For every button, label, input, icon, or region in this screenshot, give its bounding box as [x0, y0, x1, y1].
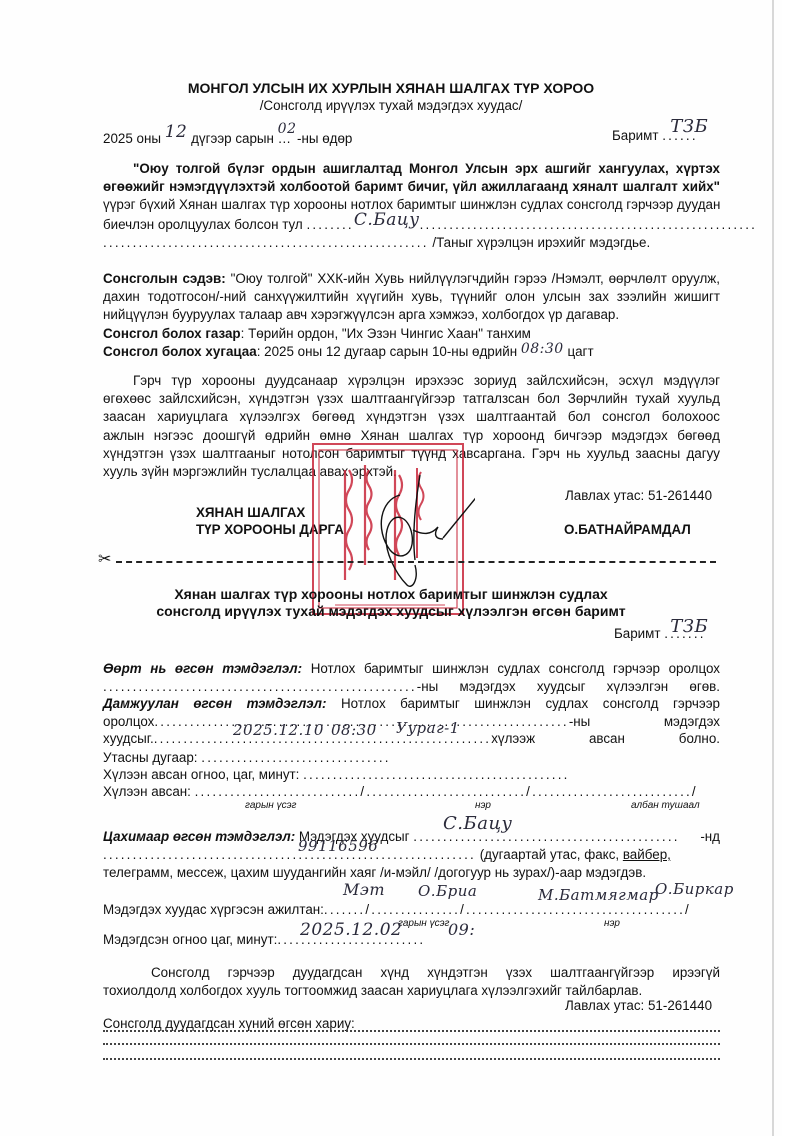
received-by-line: Хүлээн авсан: ..........................…	[103, 784, 698, 799]
relay-line-2-suffix: -ны мэдэгдэх	[569, 714, 720, 729]
relay-note-text: Нотлох баримтыг шинжлэн судлах сонсголд …	[341, 696, 720, 711]
relay-line-3-suffix: хүлээж авсан болно.	[491, 731, 720, 746]
direct-note-line-2: ........................................…	[103, 678, 720, 696]
intro-line-5-suffix: /Таныг хүрэлцэн ирэхийг мэдэгдье.	[432, 235, 650, 250]
received-by-label: Хүлээн авсан:	[103, 784, 191, 799]
time-value: : 2025 оны 12 дугаар сарын 10-ны өдрийн	[257, 344, 517, 359]
date-prefix: 2025 оны	[103, 131, 161, 146]
topic-line-1: Сонсголын сэдэв: "Оюу толгой" ХХК-ийн Ху…	[103, 270, 720, 288]
handwritten-phone-number: 99116596	[298, 837, 378, 855]
topic-line-3: нийцүүлэн бууруулах талаар авч хэрэгжүүл…	[103, 306, 720, 324]
place-value: : Төрийн ордон, "Их Эзэн Чингис Хаан" та…	[241, 326, 531, 341]
handwritten-receipt-doc-number: ТЗБ	[670, 616, 708, 637]
response-line-1[interactable]	[103, 1030, 720, 1032]
document-page: МОНГОЛ УЛСЫН ИХ ХУРЛЫН ХЯНАН ШАЛГАХ ТҮР …	[0, 0, 782, 1136]
intro-line-2: өгөөжийг нэмэгдүүлэхтэй холбоотой баримт…	[103, 178, 720, 196]
intro-line-4: биечлэн оролцуулах болсон тул ........С.…	[103, 215, 720, 234]
intro-line-4-prefix: биечлэн оролцуулах болсон тул	[103, 217, 303, 232]
electronic-viber-underlined: вайбер,	[623, 847, 671, 862]
place-label: Сонсгол болох газар	[103, 326, 241, 341]
handwritten-hearing-room: Уураг-1	[396, 720, 460, 738]
notified-datetime-label: Мэдэгдсэн огноо цаг, минут:	[103, 932, 277, 947]
caption-signature-2: гарын үсэг	[398, 918, 449, 929]
doc-number-label: Баримт	[612, 128, 659, 143]
document-subtitle: /Сонсголд ирүүлэх тухай мэдэгдэх хуудас/	[0, 98, 782, 113]
receipt-title-line-2: сонсголд ирүүлэх тухай мэдэгдэх хуудсыг …	[0, 603, 782, 619]
relay-line-3-prefix: хуудсыг.	[103, 731, 154, 746]
chairman-name: О.БАТНАЙРАМДАЛ	[564, 522, 691, 537]
relay-note-line-3: хуудсыг.................................…	[103, 730, 720, 748]
time-label: Сонсгол болох хугацаа	[103, 344, 257, 359]
handwritten-hearing-date: 2025.12.10	[233, 722, 324, 740]
delivered-by-line: Мэдэгдэх хуудас хүргэсэн ажилтан:.......…	[103, 902, 691, 917]
relay-note-label: Дамжуулан өгсөн тэмдэглэл:	[103, 696, 326, 711]
delivered-by-label: Мэдэгдэх хуудас хүргэсэн ажилтан:	[103, 902, 324, 917]
electronic-channels: (дугаартай утас, факс,	[480, 847, 619, 862]
page-edge	[772, 0, 774, 1136]
caption-signature: гарын үсэг	[245, 800, 296, 811]
direct-note-line-1: Өөрт нь өгсөн тэмдэглэл: Нотлох баримтыг…	[103, 660, 720, 678]
warning-line-1: Гэрч түр хорооны дуудсанаар хүрэлцэн ирэ…	[103, 372, 720, 390]
electronic-suffix: -нд	[700, 829, 720, 844]
receipt-notes: Өөрт нь өгсөн тэмдэглэл: Нотлох баримтыг…	[103, 660, 720, 748]
handwritten-day: 02	[278, 121, 297, 137]
intro-line-5: ........................................…	[103, 234, 720, 252]
handwritten-time: 08:30	[521, 341, 564, 357]
position-line-1: ХЯНАН ШАЛГАХ	[196, 505, 305, 520]
handwritten-staff-name-2: М.Батмягмар	[538, 886, 659, 904]
scissors-icon: ✂	[98, 552, 111, 568]
handwritten-staff-signature: Мэт	[343, 880, 385, 899]
handwritten-notified-time: 09:	[448, 920, 475, 939]
intro-paragraph: "Оюу толгой бүлэг ордын ашиглалтад Монго…	[103, 160, 720, 252]
direct-note-suffix: -ны мэдэгдэх хуудсыг хүлээлгэн өгөв.	[417, 679, 720, 694]
handwritten-notified-date: 2025.12.02	[300, 920, 402, 940]
handwritten-month: 12	[165, 122, 188, 142]
intro-line-1: "Оюу толгой бүлэг ордын ашиглалтад Монго…	[103, 160, 720, 178]
hearing-details: Сонсголын сэдэв: "Оюу толгой" ХХК-ийн Ху…	[103, 270, 720, 361]
relay-note-line-1: Дамжуулан өгсөн тэмдэглэл: Нотлох баримт…	[103, 695, 720, 713]
caption-name-2: нэр	[604, 918, 620, 929]
reference-phone-2: Лавлах утас: 51-261440	[565, 998, 712, 1013]
place-line: Сонсгол болох газар: Төрийн ордон, "Их Э…	[103, 325, 720, 343]
response-line-2[interactable]	[103, 1043, 720, 1045]
explanation-line-1: Сонсголд гэрчээр дуудагдсан хүнд хүндэтг…	[103, 964, 720, 982]
warning-line-2: өгөхөөс зайлсхийсэн, хүндэтгэн үзэх шалт…	[103, 390, 720, 408]
explanation-paragraph: Сонсголд гэрчээр дуудагдсан хүнд хүндэтг…	[103, 964, 720, 1000]
direct-note-label: Өөрт нь өгсөн тэмдэглэл:	[103, 661, 302, 676]
electronic-note-line-1: Цахимаар өгсөн тэмдэглэл: Мэдэгдэх хуудс…	[103, 829, 720, 844]
electronic-note-label: Цахимаар өгсөн тэмдэглэл:	[103, 829, 295, 844]
date-day-suffix: -ны өдөр	[297, 131, 352, 146]
handwritten-staff-name-1: О.Бриа	[418, 882, 477, 900]
received-datetime-line: Хүлээн авсан огноо, цаг, минут: ........…	[103, 767, 570, 782]
phone-line: Утасны дугаар: .........................…	[103, 750, 391, 765]
direct-note-text: Нотлох баримтыг шинжлэн судлах сонсголд …	[311, 661, 720, 676]
date-line: 2025 оны 12 дүгээр сарын 02… -ны өдөр	[103, 128, 352, 148]
handwritten-hearing-time: 08:30	[331, 722, 377, 740]
topic-line-2: дахин тодотгосон/-ний санхүүжилтийн хүүг…	[103, 288, 720, 306]
response-label: Сонсголд дуудагдсан хүний өгсөн хариу:	[103, 1016, 355, 1031]
receipt-doc-number: Баримт ТЗБ.......	[614, 626, 706, 641]
electronic-note-line-2: ........................................…	[103, 847, 720, 862]
topic-text-1: "Оюу толгой" ХХК-ийн Хувь нийлүүлэгчдийн…	[231, 271, 720, 286]
handwritten-electronic-name: С.Бацу	[443, 813, 512, 834]
receipt-title-line-1: Хянан шалгах түр хорооны нотлох баримтыг…	[0, 586, 782, 602]
caption-name: нэр	[475, 800, 491, 811]
document-title: МОНГОЛ УЛСЫН ИХ ХУРЛЫН ХЯНАН ШАЛГАХ ТҮР …	[0, 80, 782, 96]
handwritten-witness-name: С.Бацу	[354, 210, 420, 230]
time-suffix: цагт	[567, 344, 593, 359]
electronic-note-line-3: телеграмм, мессеж, цахим шуудангийн хаяг…	[103, 865, 646, 880]
response-line-3[interactable]	[103, 1058, 720, 1060]
caption-position: албан тушаал	[631, 800, 700, 811]
time-line: Сонсгол болох хугацаа: 2025 оны 12 дугаа…	[103, 343, 720, 361]
received-datetime-label: Хүлээн авсан огноо, цаг, минут:	[103, 767, 299, 782]
handwritten-staff-name-3: О.Биркар	[655, 880, 734, 898]
date-month-suffix: дүгээр сарын	[191, 131, 274, 146]
receipt-doc-number-label: Баримт	[614, 626, 661, 641]
reference-phone: Лавлах утас: 51-261440	[565, 488, 712, 503]
warning-line-3: заасан хариуцлага хүлээлгэх бөгөөд хүндэ…	[103, 408, 720, 426]
phone-label: Утасны дугаар:	[103, 750, 198, 765]
doc-number: Баримт ТЗБ......	[612, 128, 698, 143]
relay-line-2-prefix: оролцох	[103, 714, 154, 729]
handwritten-doc-number: ТЗБ	[670, 116, 708, 137]
cut-line	[116, 561, 716, 563]
topic-label: Сонсголын сэдэв:	[103, 271, 226, 286]
